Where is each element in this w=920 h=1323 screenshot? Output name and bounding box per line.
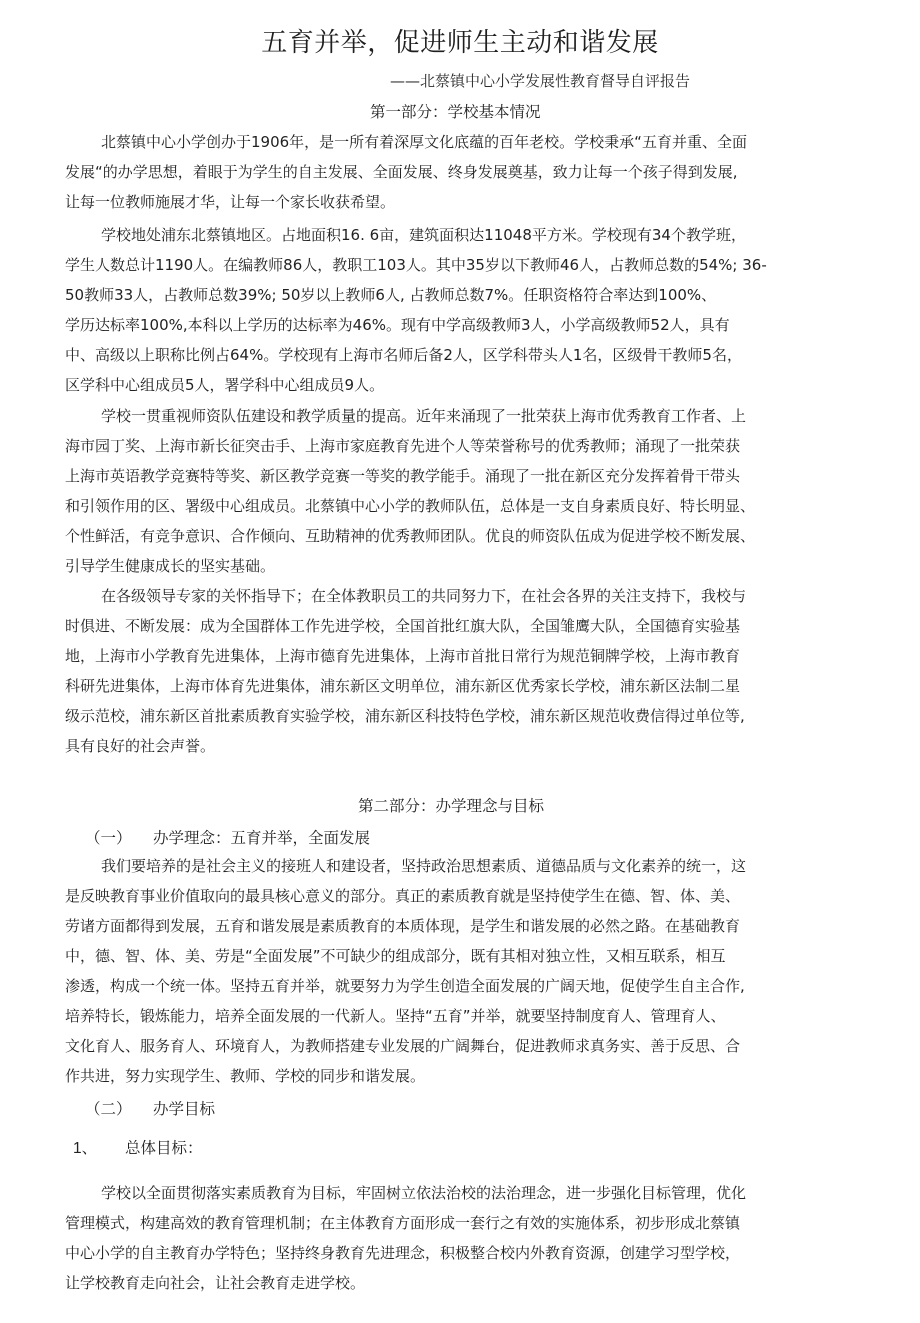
paragraph-line: 上海市英语教学竞赛特等奖、新区教学竞赛一等奖的教学能手。涌现了一批在新区充分发挥…: [65, 461, 835, 491]
section1-number: （一）: [85, 826, 153, 848]
paragraph-honors: 在各级领导专家的关怀指导下；在全体教职员工的共同努力下，在社会各界的关注支持下，…: [65, 581, 835, 761]
paragraph-line: 中、高级以上职称比例占64%。学校现有上海市名师后备2人，区学科带头人1名，区级…: [65, 340, 835, 370]
paragraph-line: 劳诸方面都得到发展，五育和谐发展是素质教育的本质体现，是学生和谐发展的必然之路。…: [65, 911, 835, 941]
paragraph-line: 科研先进集体，上海市体育先进集体，浦东新区文明单位，浦东新区优秀家长学校，浦东新…: [65, 671, 835, 701]
paragraph-line: 文化育人、服务育人、环境育人，为教师搭建专业发展的广阔舞台，促进教师求真务实、善…: [65, 1031, 835, 1061]
paragraph-line: 培养特长，锻炼能力，培养全面发展的一代新人。坚持“五育”并举，就要坚持制度育人、…: [65, 1001, 835, 1031]
section1-title: 办学理念：五育并举，全面发展: [153, 829, 370, 847]
part1-heading: 第一部分：学校基本情况: [370, 100, 541, 122]
paragraph-line: 级示范校，浦东新区首批素质教育实验学校，浦东新区科技特色学校，浦东新区规范收费信…: [65, 701, 835, 731]
document-title: 五育并举，促进师生主动和谐发展: [0, 22, 920, 59]
paragraph-line: 时俱进、不断发展：成为全国群体工作先进学校，全国首批红旗大队，全国雏鹰大队，全国…: [65, 611, 835, 641]
section2-number: （二）: [85, 1097, 153, 1119]
paragraph-line: 海市园丁奖、上海市新长征突击手、上海市家庭教育先进个人等荣誉称号的优秀教师；涌现…: [65, 431, 835, 461]
paragraph-line: 学校一贯重视师资队伍建设和教学质量的提高。近年来涌现了一批荣获上海市优秀教育工作…: [65, 401, 835, 431]
paragraph-line: 中心小学的自主教育办学特色；坚持终身教育先进理念，积极整合校内外教育资源，创建学…: [65, 1238, 835, 1268]
paragraph-line: 学历达标率100%,本科以上学历的达标率为46%。现有中学高级教师3人，小学高级…: [65, 310, 835, 340]
paragraph-line: 学校以全面贯彻落实素质教育为目标，牢固树立依法治校的法治理念，进一步强化目标管理…: [65, 1178, 835, 1208]
section2-heading: （二）办学目标: [85, 1097, 215, 1119]
section2-title: 办学目标: [153, 1100, 215, 1118]
paragraph-line: 渗透，构成一个统一体。坚持五育并举，就要努力为学生创造全面发展的广阔天地，促使学…: [65, 971, 835, 1001]
paragraph-line: 是反映教育事业价值取向的最具核心意义的部分。真正的素质教育就是坚持使学生在德、智…: [65, 881, 835, 911]
paragraph-philosophy: 我们要培养的是社会主义的接班人和建设者，坚持政治思想素质、道德品质与文化素养的统…: [65, 851, 835, 1091]
paragraph-line: 区学科中心组成员5人，署学科中心组成员9人。: [65, 370, 835, 400]
paragraph-statistics: 学校地处浦东北蔡镇地区。占地面积16. 6亩，建筑面积达11048平方米。学校现…: [65, 220, 835, 400]
paragraph-line: 作共进，努力实现学生、教师、学校的同步和谐发展。: [65, 1061, 835, 1091]
paragraph-line: 和引领作用的区、署级中心组成员。北蔡镇中心小学的教师队伍，总体是一支自身素质良好…: [65, 491, 835, 521]
paragraph-line: 在各级领导专家的关怀指导下；在全体教职员工的共同努力下，在社会各界的关注支持下，…: [65, 581, 835, 611]
part2-heading: 第二部分：办学理念与目标: [358, 794, 544, 816]
paragraph-line: 发展“的办学思想，着眼于为学生的自主发展、全面发展、终身发展奠基，致力让每一个孩…: [65, 157, 835, 187]
paragraph-line: 引导学生健康成长的坚实基础。: [65, 551, 835, 581]
paragraph-line: 让学校教育走向社会，让社会教育走进学校。: [65, 1268, 835, 1298]
item1-number: 1、: [73, 1136, 125, 1158]
paragraph-line: 具有良好的社会声誉。: [65, 731, 835, 761]
document-subtitle: ——北蔡镇中心小学发展性教育督导自评报告: [390, 70, 690, 91]
paragraph-line: 学生人数总计1190人。在编教师86人，教职工103人。其中35岁以下教师46人…: [65, 250, 835, 280]
paragraph-line: 我们要培养的是社会主义的接班人和建设者，坚持政治思想素质、道德品质与文化素养的统…: [65, 851, 835, 881]
item1-heading: 1、总体目标：: [73, 1136, 203, 1158]
document-page: 五育并举，促进师生主动和谐发展 ——北蔡镇中心小学发展性教育督导自评报告 第一部…: [0, 0, 920, 1323]
paragraph-line: 地，上海市小学教育先进集体，上海市德育先进集体，上海市首批日常行为规范铜牌学校，…: [65, 641, 835, 671]
paragraph-line: 管理模式，构建高效的教育管理机制；在主体教育方面形成一套行之有效的实施体系，初步…: [65, 1208, 835, 1238]
section1-heading: （一）办学理念：五育并举，全面发展: [85, 826, 370, 848]
paragraph-line: 50教师33人，占教师总数39%; 50岁以上教师6人, 占教师总数7%。任职资…: [65, 280, 835, 310]
paragraph-founding: 北蔡镇中心小学创办于1906年，是一所有着深厚文化底蕴的百年老校。学校秉承“五育…: [65, 127, 835, 217]
paragraph-line: 学校地处浦东北蔡镇地区。占地面积16. 6亩，建筑面积达11048平方米。学校现…: [65, 220, 835, 250]
item1-title: 总体目标：: [125, 1139, 203, 1157]
paragraph-line: 让每一位教师施展才华，让每一个家长收获希望。: [65, 187, 835, 217]
paragraph-overall-goal: 学校以全面贯彻落实素质教育为目标，牢固树立依法治校的法治理念，进一步强化目标管理…: [65, 1178, 835, 1298]
paragraph-line: 北蔡镇中心小学创办于1906年，是一所有着深厚文化底蕴的百年老校。学校秉承“五育…: [65, 127, 835, 157]
paragraph-line: 个性鲜活，有竞争意识、合作倾向、互助精神的优秀教师团队。优良的师资队伍成为促进学…: [65, 521, 835, 551]
paragraph-teachers: 学校一贯重视师资队伍建设和教学质量的提高。近年来涌现了一批荣获上海市优秀教育工作…: [65, 401, 835, 581]
paragraph-line: 中，德、智、体、美、劳是“全面发展”不可缺少的组成部分，既有其相对独立性，又相互…: [65, 941, 835, 971]
